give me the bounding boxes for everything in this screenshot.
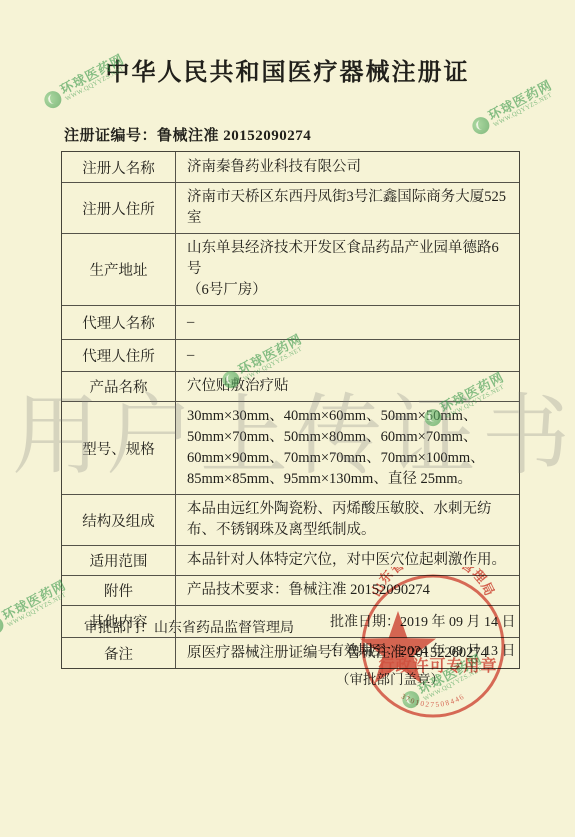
row-label: 型号、规格 bbox=[62, 402, 176, 494]
certificate-page: 用户上传证书 环球医药网 WWW.QQYYZS.NET 环球医药网 WWW.QQ… bbox=[0, 0, 575, 837]
seal-serial-number: 3701027508446 bbox=[399, 692, 466, 709]
certificate-title: 中华人民共和国医疗器械注册证 bbox=[0, 52, 575, 87]
row-label: 代理人名称 bbox=[62, 306, 176, 339]
row-label: 结构及组成 bbox=[62, 495, 176, 545]
row-value: 本品由远红外陶瓷粉、丙烯酸压敏胶、水刺无纺布、不锈钢珠及离型纸制成。 bbox=[176, 495, 519, 545]
row-label: 其他内容 bbox=[62, 606, 176, 637]
row-value: 产品技术要求：鲁械注准 20152090274 bbox=[176, 576, 519, 605]
table-row: 适用范围 本品针对人体特定穴位，对中医穴位起刺激作用。 bbox=[62, 546, 519, 576]
registration-number-label: 注册证编号： bbox=[64, 128, 157, 144]
row-label: 注册人住所 bbox=[62, 183, 176, 233]
row-value: 穴位贴敷治疗贴 bbox=[176, 372, 519, 401]
registration-number-line: 注册证编号：鲁械注准 20152090274 bbox=[64, 124, 311, 145]
row-value: 山东单县经济技术开发区食品药品产业园单德路6号 （6号厂房） bbox=[176, 234, 519, 305]
row-label: 代理人住所 bbox=[62, 340, 176, 371]
seal-note: （审批部门盖章） bbox=[336, 668, 444, 688]
row-value bbox=[176, 606, 519, 637]
row-label: 生产地址 bbox=[62, 234, 176, 305]
row-value: – bbox=[176, 306, 519, 339]
globe-leaf-icon bbox=[41, 88, 64, 111]
table-row: 注册人名称 济南秦鲁药业科技有限公司 bbox=[62, 152, 519, 183]
globe-leaf-icon bbox=[0, 614, 6, 637]
globe-leaf-icon bbox=[399, 688, 422, 711]
registration-number-value: 鲁械注准 20152090274 bbox=[157, 128, 311, 144]
row-label: 备注 bbox=[62, 638, 176, 668]
table-row: 产品名称 穴位贴敷治疗贴 bbox=[62, 372, 519, 402]
row-value: – bbox=[176, 340, 519, 371]
row-value: 济南秦鲁药业科技有限公司 bbox=[176, 152, 519, 182]
row-value: 30mm×30mm、40mm×60mm、50mm×50mm、50mm×70mm、… bbox=[176, 402, 519, 494]
globe-leaf-icon bbox=[469, 114, 492, 137]
table-row: 代理人名称 – bbox=[62, 306, 519, 340]
row-value: 济南市天桥区东西丹凤街3号汇鑫国际商务大厦525室 bbox=[176, 183, 519, 233]
table-row: 附件 产品技术要求：鲁械注准 20152090274 bbox=[62, 576, 519, 606]
table-row: 生产地址 山东单县经济技术开发区食品药品产业园单德路6号 （6号厂房） bbox=[62, 234, 519, 306]
table-row: 代理人住所 – bbox=[62, 340, 519, 372]
row-value: 原医疗器械注册证编号：鲁械注准 20152260274 bbox=[176, 638, 519, 668]
table-row: 结构及组成 本品由远红外陶瓷粉、丙烯酸压敏胶、水刺无纺布、不锈钢珠及离型纸制成。 bbox=[62, 495, 519, 546]
table-row: 注册人住所 济南市天桥区东西丹凤街3号汇鑫国际商务大厦525室 bbox=[62, 183, 519, 234]
row-value: 本品针对人体特定穴位，对中医穴位起刺激作用。 bbox=[176, 546, 519, 575]
row-label: 附件 bbox=[62, 576, 176, 605]
row-label: 注册人名称 bbox=[62, 152, 176, 182]
svg-text:3701027508446: 3701027508446 bbox=[399, 692, 466, 709]
table-row: 型号、规格 30mm×30mm、40mm×60mm、50mm×50mm、50mm… bbox=[62, 402, 519, 495]
table-row: 其他内容 bbox=[62, 606, 519, 638]
row-label: 适用范围 bbox=[62, 546, 176, 575]
certificate-table: 注册人名称 济南秦鲁药业科技有限公司 注册人住所 济南市天桥区东西丹凤街3号汇鑫… bbox=[61, 151, 520, 669]
row-label: 产品名称 bbox=[62, 372, 176, 401]
site-watermark: 环球医药网 WWW.QQYYZS.NET bbox=[468, 78, 557, 138]
table-row: 备注 原医疗器械注册证编号：鲁械注准 20152260274 bbox=[62, 638, 519, 668]
